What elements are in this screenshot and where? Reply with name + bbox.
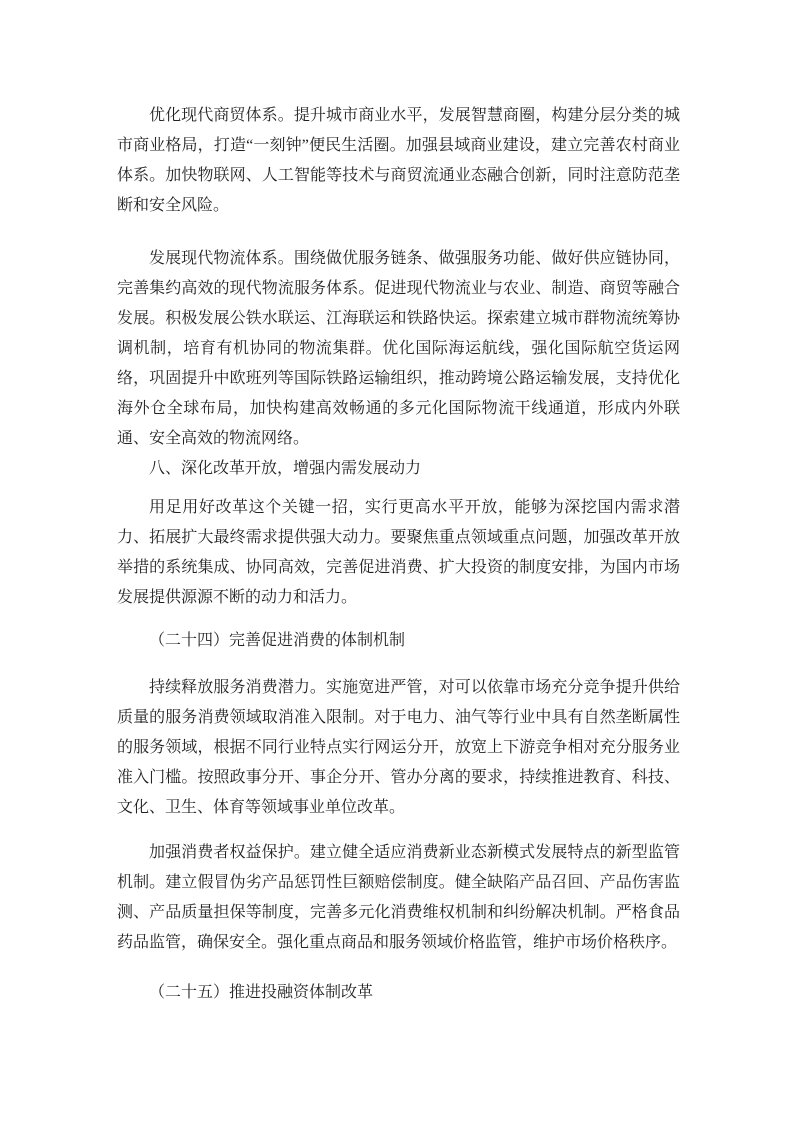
paragraph-consumer-protection: 加强消费者权益保护。建立健全适应消费新业态新模式发展特点的新型监管机制。建立假冒… — [117, 838, 680, 958]
paragraph-reform-opening-intro: 用足用好改革这个关键一招，实行更高水平开放，能够为深挖国内需求潜力、拓展扩大最终… — [117, 493, 680, 613]
section-heading-part-eight: 八、深化改革开放，增强内需发展动力 — [117, 454, 680, 484]
document-content: 优化现代商贸体系。提升城市商业水平，发展智慧商圈，构建分层分类的城市商业格局，打… — [117, 101, 680, 1008]
paragraph-commerce-system: 优化现代商贸体系。提升城市商业水平，发展智慧商圈，构建分层分类的城市商业格局，打… — [117, 101, 680, 221]
document-page: 优化现代商贸体系。提升城市商业水平，发展智慧商圈，构建分层分类的城市商业格局，打… — [0, 0, 793, 1122]
sub-heading-item-24: （二十四）完善促进消费的体制机制 — [117, 626, 680, 656]
paragraph-logistics-system: 发展现代物流体系。围绕做优服务链条、做强服务功能、做好供应链协同，完善集约高效的… — [117, 244, 680, 454]
paragraph-service-consumption: 持续释放服务消费潜力。实施宽进严管，对可以依靠市场充分竞争提升供给质量的服务消费… — [117, 673, 680, 823]
sub-heading-item-25: （二十五）推进投融资体制改革 — [117, 978, 680, 1008]
